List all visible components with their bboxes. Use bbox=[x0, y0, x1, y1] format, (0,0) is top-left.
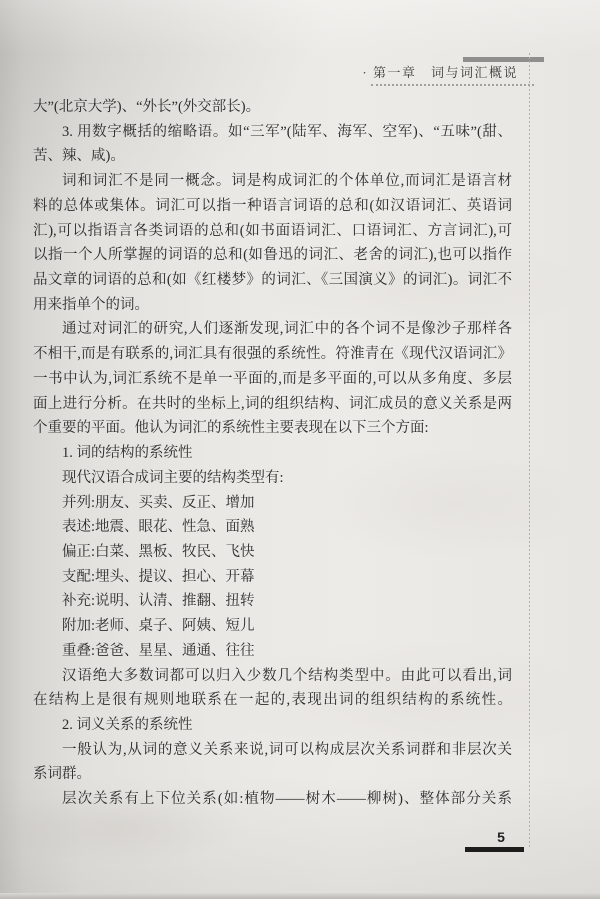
text-line: 在结构上是很有规则地联系在一起的,表现出词的组织结构的系统性。 bbox=[33, 688, 512, 713]
list-item: 附加:老师、桌子、阿姨、短儿 bbox=[33, 614, 512, 639]
text-line: 3. 用数字概括的缩略语。如“三军”(陆军、海军、空军)、“五味”(甜、酸、 bbox=[33, 120, 512, 145]
text-line: 个重要的平面。他认为词汇的系统性主要表现在以下三个方面: bbox=[33, 416, 512, 441]
text-line: 现代汉语合成词主要的结构类型有: bbox=[33, 466, 512, 491]
text-line: 苦、辣、咸)。 bbox=[33, 144, 512, 169]
header-dotted-rule bbox=[371, 84, 534, 86]
text-line: 通过对词汇的研究,人们逐渐发现,词汇中的各个词不是像沙子那样各 bbox=[33, 317, 512, 342]
list-item: 表述:地震、眼花、性急、面熟 bbox=[33, 515, 512, 540]
text-line: 一书中认为,词汇系统不是单一平面的,而是多平面的,可以从多角度、多层 bbox=[33, 367, 512, 392]
chapter-header: · 第一章 词与词汇概说 bbox=[360, 62, 518, 81]
body-text: 大”(北京大学)、“外长”(外交部长)。 3. 用数字概括的缩略语。如“三军”(… bbox=[33, 95, 512, 812]
text-line: 不相干,而是有联系的,词汇具有很强的系统性。符淮青在《现代汉语词汇》 bbox=[33, 342, 512, 367]
list-item: 偏正:白菜、黑板、牧民、飞快 bbox=[33, 540, 512, 565]
section-heading: 2. 词义关系的系统性 bbox=[33, 713, 512, 738]
text-line: 料的总体或集体。词汇可以指一种语言词语的总和(如汉语词汇、英语词 bbox=[33, 194, 512, 219]
text-line: 面上进行分析。在共时的坐标上,词的组织结构、词汇成员的意义关系是两 bbox=[33, 392, 512, 417]
text-line: 词和词汇不是同一概念。词是构成词汇的个体单位,而词汇是语言材 bbox=[33, 169, 512, 194]
book-page: · 第一章 词与词汇概说 大”(北京大学)、“外长”(外交部长)。 3. 用数字… bbox=[0, 0, 600, 899]
text-line: 大”(北京大学)、“外长”(外交部长)。 bbox=[33, 95, 512, 120]
text-line: 汇),可以指语言各类词语的总和(如书面语词汇、口语词汇、方言词汇),可 bbox=[33, 219, 512, 244]
text-line: 一般认为,从词的意义关系来说,词可以构成层次关系词群和非层次关 bbox=[33, 738, 512, 763]
page-bottom-edge bbox=[0, 893, 600, 899]
text-line: 用来指单个的词。 bbox=[33, 293, 512, 318]
text-line: 汉语绝大多数词都可以归入少数几个结构类型中。由此可以看出,词 bbox=[33, 664, 512, 689]
text-line: 品文章的词语的总和(如《红楼梦》的词汇、《三国演义》的词汇)。词汇不能 bbox=[33, 268, 512, 293]
section-heading: 1. 词的结构的系统性 bbox=[33, 441, 512, 466]
text-line: 系词群。 bbox=[33, 762, 512, 787]
text-line: 层次关系有上下位关系(如:植物——树木——柳树)、整体部分关系 bbox=[33, 787, 512, 812]
text-line: 以指一个人所掌握的词语的总和(如鲁迅的词汇、老舍的词汇),也可以指作 bbox=[33, 243, 512, 268]
list-item: 补充:说明、认清、推翻、扭转 bbox=[33, 589, 512, 614]
list-item: 支配:埋头、提议、担心、开幕 bbox=[33, 565, 512, 590]
page-edge-rule bbox=[529, 53, 530, 848]
list-item: 并列:朋友、买卖、反正、增加 bbox=[33, 491, 512, 516]
page-number-rule bbox=[465, 847, 524, 852]
page-number: 5 bbox=[489, 829, 513, 845]
list-item: 重叠:爸爸、星星、通通、往往 bbox=[33, 639, 512, 664]
